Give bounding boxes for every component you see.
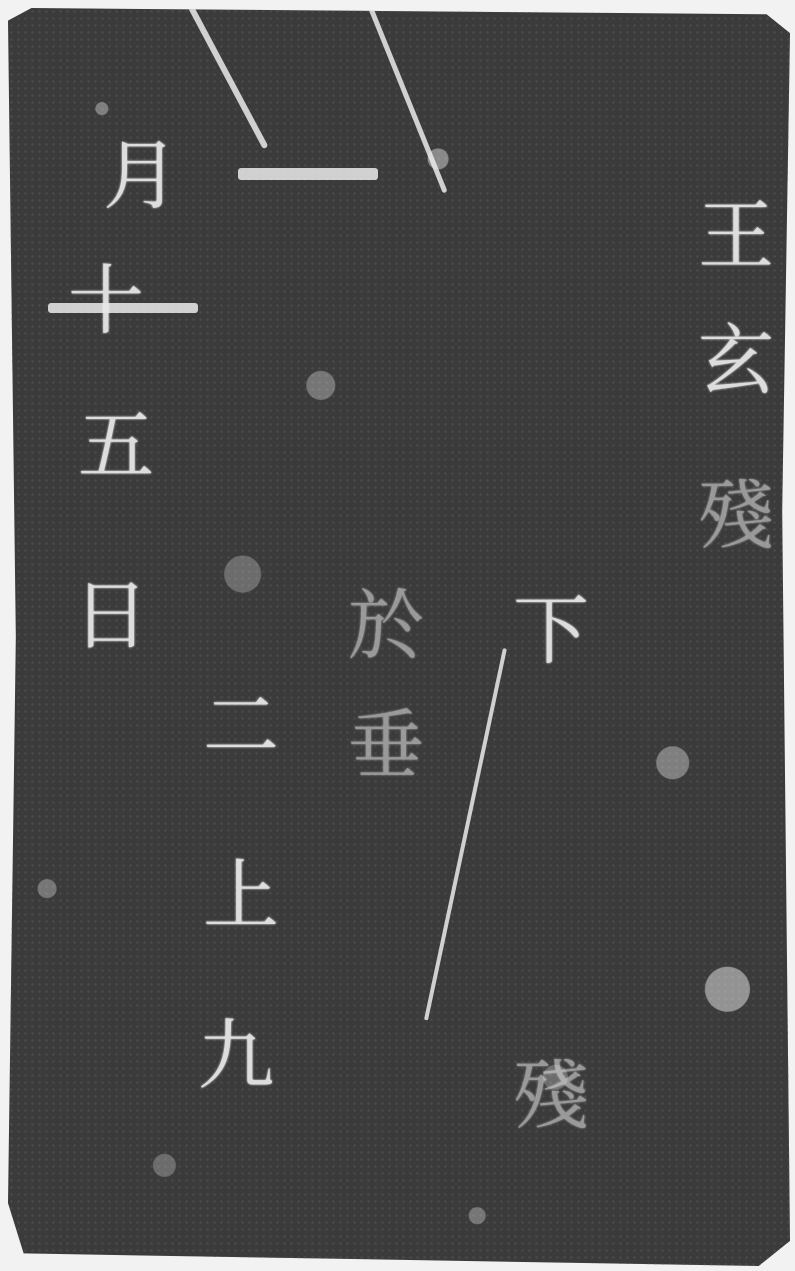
glyph-ri: 日 (73, 578, 149, 654)
glyph-wang: 王 (698, 198, 774, 274)
glyph-yu: 於 (348, 588, 424, 664)
glyph-yue: 月 (103, 138, 179, 214)
inscription-rubbing: 王 玄 殘 下 殘 於 垂 二 上 九 月 十 五 日 (8, 8, 790, 1266)
glyph-xia: 下 (513, 593, 589, 669)
stone-crack (238, 168, 378, 180)
stone-crack (368, 6, 448, 193)
glyph-shang: 上 (203, 858, 279, 934)
glyph-shi: 十 (68, 263, 144, 339)
stone-crack (188, 5, 268, 149)
glyph-xuan: 玄 (698, 323, 774, 399)
glyph-er: 二 (203, 688, 279, 764)
glyph-damaged: 殘 (513, 1058, 589, 1134)
glyph-damaged: 殘 (698, 478, 774, 554)
stone-crack (424, 648, 507, 1021)
glyph-wu: 五 (78, 408, 154, 484)
glyph-chui: 垂 (348, 708, 424, 784)
glyph-jiu: 九 (198, 1018, 274, 1094)
